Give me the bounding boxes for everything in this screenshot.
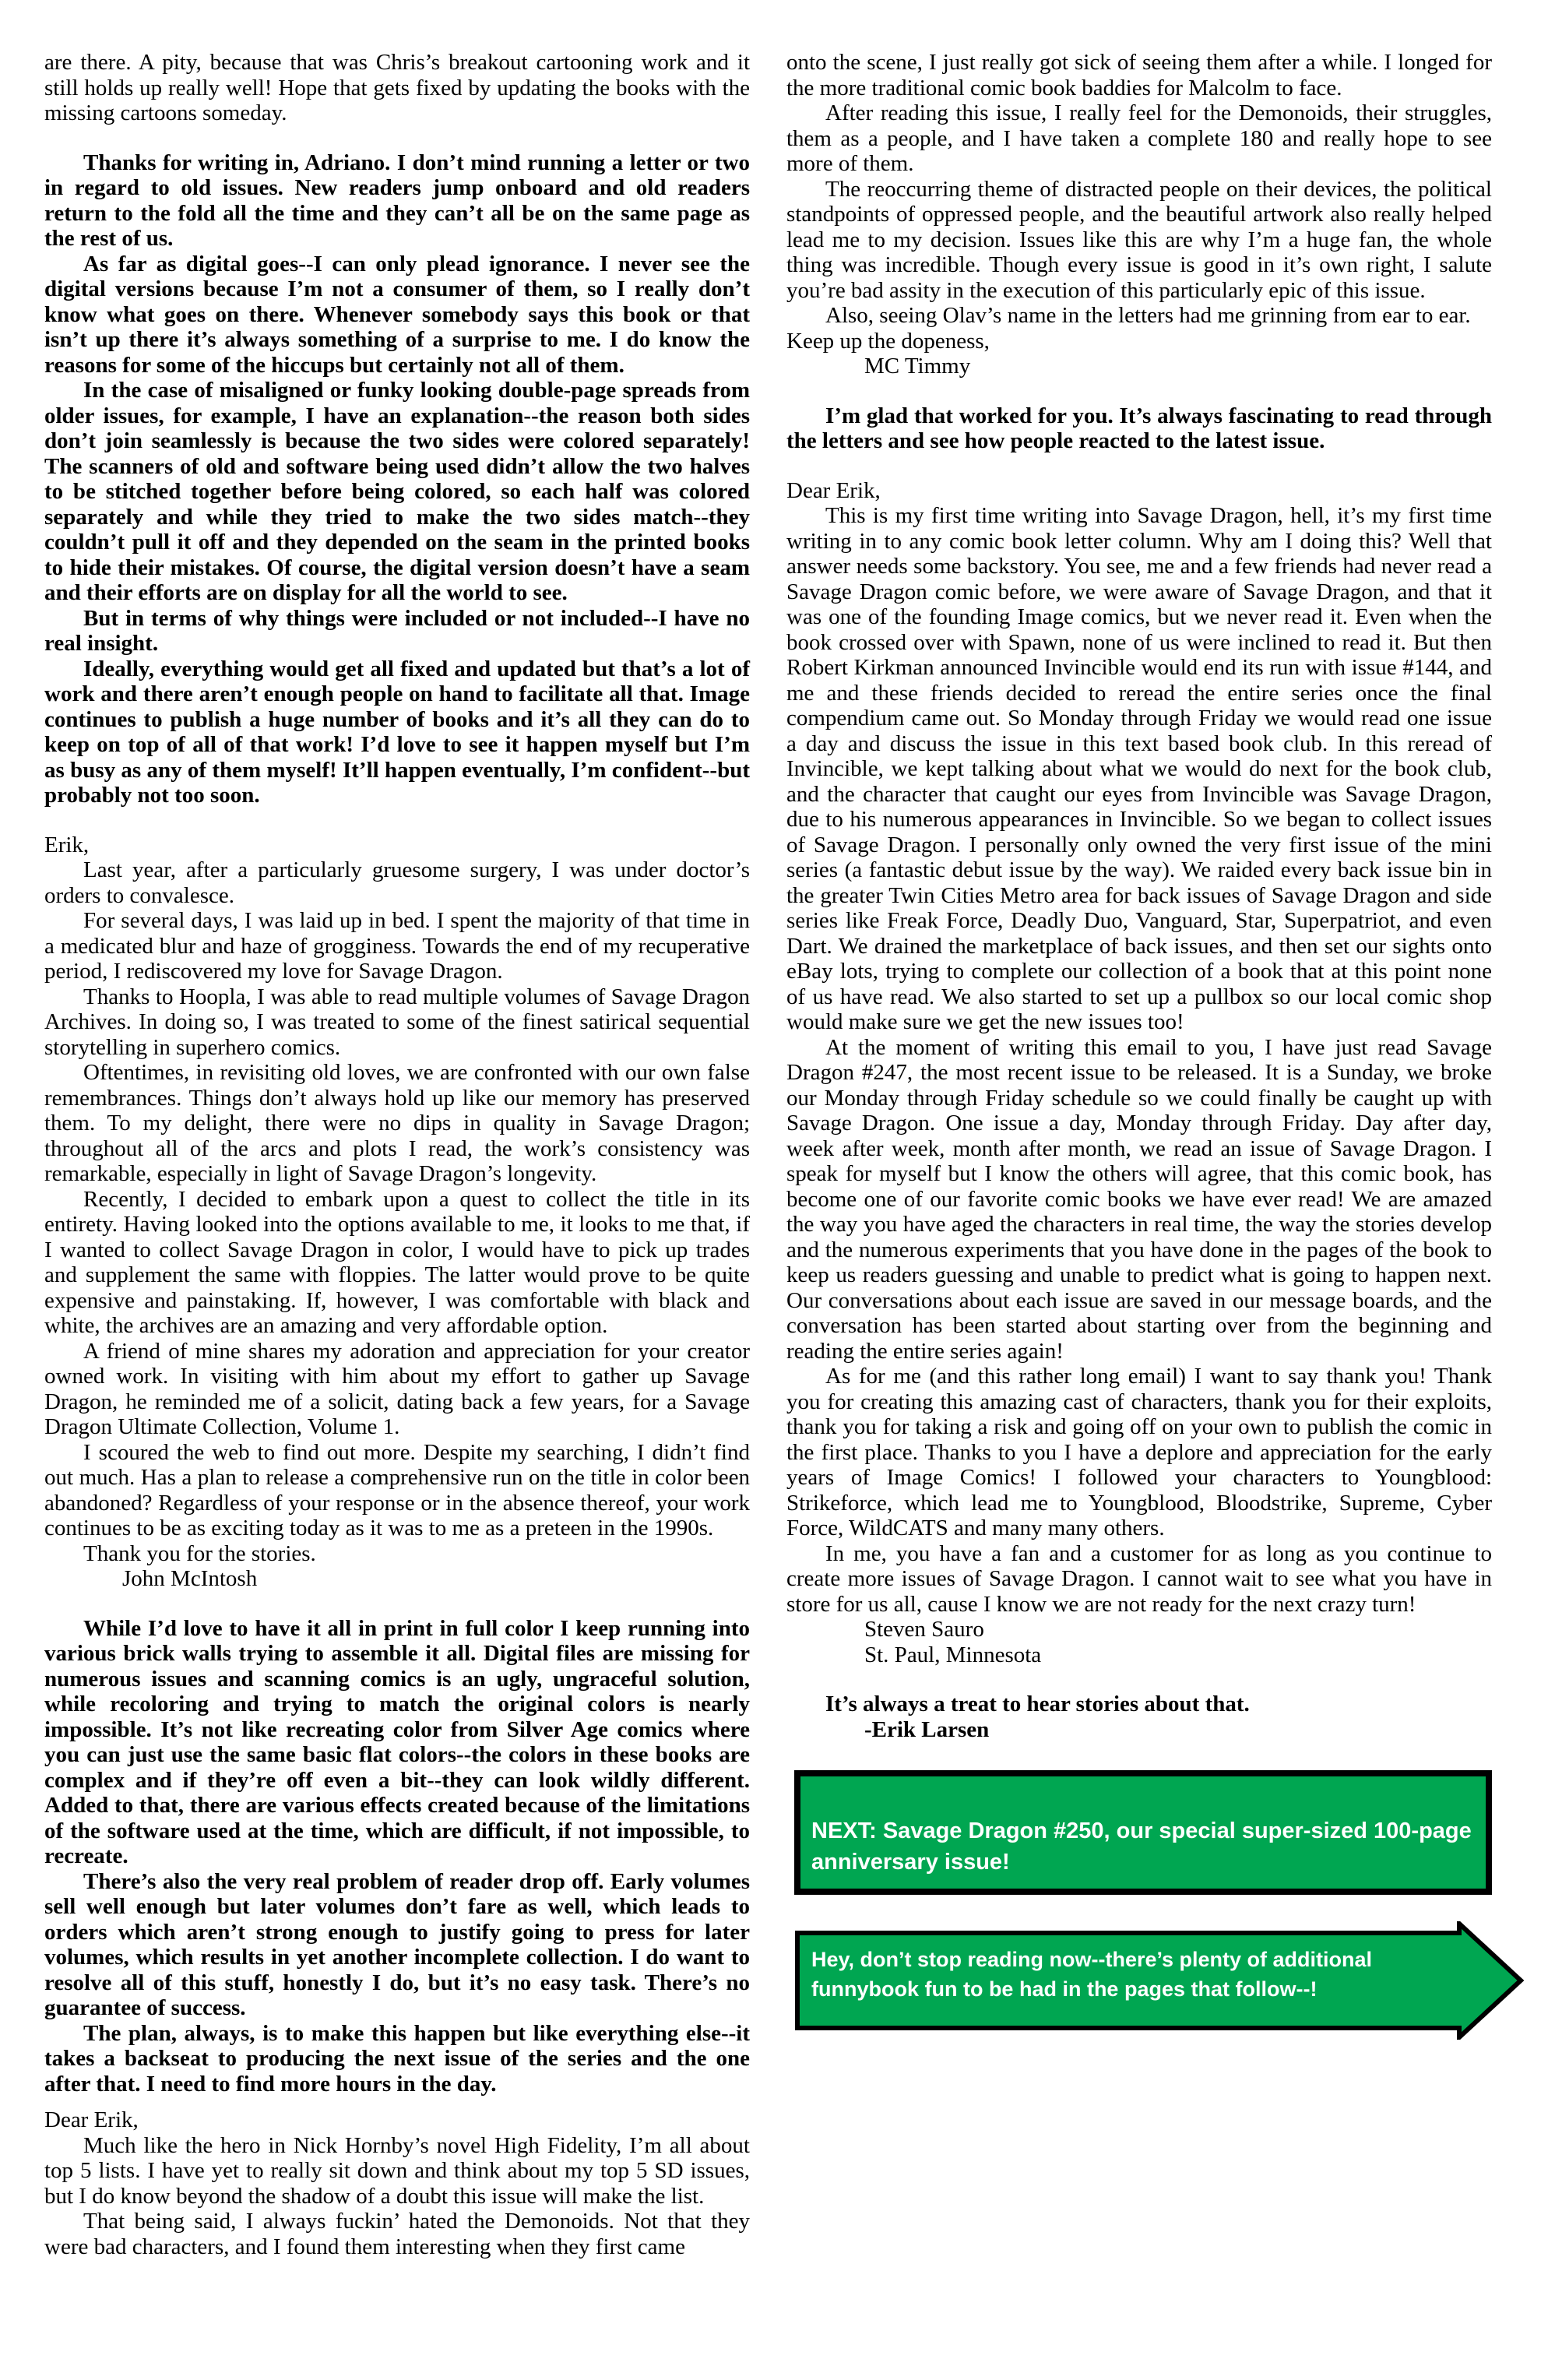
letter-paragraph: That being said, I always fuckin’ hated … — [44, 2209, 750, 2259]
letter-paragraph: Keep up the dopeness, — [786, 329, 1492, 354]
paragraph-spacer — [786, 1667, 1492, 1692]
signature: John McIntosh — [44, 1566, 750, 1592]
letter-paragraph: Last year, after a particularly gruesome… — [44, 857, 750, 908]
right-column: onto the scene, I just really got sick o… — [786, 50, 1492, 2040]
editor-reply-paragraph: Thanks for writing in, Adriano. I don’t … — [44, 150, 750, 252]
left-column: are there. A pity, because that was Chri… — [44, 50, 750, 2259]
editor-reply-paragraph: As far as digital goes--I can only plead… — [44, 252, 750, 378]
editor-reply-paragraph: While I’d love to have it all in print i… — [44, 1616, 750, 1869]
salutation: Erik, — [44, 833, 750, 858]
letter-paragraph: Oftentimes, in revisiting old loves, we … — [44, 1060, 750, 1187]
editor-reply-paragraph: Ideally, everything would get all fixed … — [44, 657, 750, 808]
arrow-banner-text: Hey, don’t stop reading now--there’s ple… — [811, 1945, 1450, 2004]
letter-paragraph: Recently, I decided to embark upon a que… — [44, 1187, 750, 1339]
letters-page: are there. A pity, because that was Chri… — [0, 0, 1548, 2380]
paragraph-spacer — [786, 379, 1492, 403]
paragraph-spacer — [44, 126, 750, 150]
letter-paragraph: The reoccurring theme of distracted peop… — [786, 177, 1492, 304]
signature: Steven Sauro — [786, 1617, 1492, 1642]
next-issue-banner: NEXT: Savage Dragon #250, our special su… — [794, 1770, 1492, 1895]
letter-paragraph: onto the scene, I just really got sick o… — [786, 50, 1492, 100]
letter-paragraph: After reading this issue, I really feel … — [786, 100, 1492, 177]
letter-paragraph: I scoured the web to find out more. Desp… — [44, 1440, 750, 1541]
salutation: Dear Erik, — [786, 478, 1492, 504]
editor-reply-paragraph: But in terms of why things were included… — [44, 606, 750, 657]
next-issue-banner-text: NEXT: Savage Dragon #250, our special su… — [811, 1818, 1472, 1875]
paragraph-spacer — [44, 808, 750, 833]
editor-reply-paragraph: It’s always a treat to hear stories abou… — [786, 1692, 1492, 1717]
letter-paragraph: For several days, I was laid up in bed. … — [44, 908, 750, 984]
paragraph-spacer — [44, 2097, 750, 2107]
arrow-banner: Hey, don’t stop reading now--there’s ple… — [794, 1921, 1526, 2040]
letter-paragraph: At the moment of writing this email to y… — [786, 1035, 1492, 1364]
letter-paragraph: Thanks to Hoopla, I was able to read mul… — [44, 984, 750, 1061]
letter-paragraph: A friend of mine shares my adoration and… — [44, 1339, 750, 1440]
paragraph-spacer — [786, 454, 1492, 478]
salutation: Dear Erik, — [44, 2107, 750, 2133]
editor-reply-paragraph: The plan, always, is to make this happen… — [44, 2021, 750, 2097]
letter-paragraph: are there. A pity, because that was Chri… — [44, 50, 750, 126]
paragraph-spacer — [44, 1592, 750, 1616]
letter-paragraph: This is my first time writing into Savag… — [786, 503, 1492, 1035]
letter-paragraph: In me, you have a fan and a customer for… — [786, 1541, 1492, 1618]
letter-paragraph: As for me (and this rather long email) I… — [786, 1364, 1492, 1541]
editor-reply-paragraph: In the case of misaligned or funky looki… — [44, 378, 750, 606]
letter-paragraph: Also, seeing Olav’s name in the letters … — [786, 303, 1492, 329]
signature: St. Paul, Minnesota — [786, 1642, 1492, 1668]
signature: MC Timmy — [786, 354, 1492, 379]
letter-paragraph: Thank you for the stories. — [44, 1541, 750, 1567]
letter-paragraph: Much like the hero in Nick Hornby’s nove… — [44, 2133, 750, 2209]
editor-reply-paragraph: I’m glad that worked for you. It’s alway… — [786, 403, 1492, 454]
editor-reply-paragraph: There’s also the very real problem of re… — [44, 1869, 750, 2021]
editor-signature: -Erik Larsen — [786, 1717, 1492, 1743]
